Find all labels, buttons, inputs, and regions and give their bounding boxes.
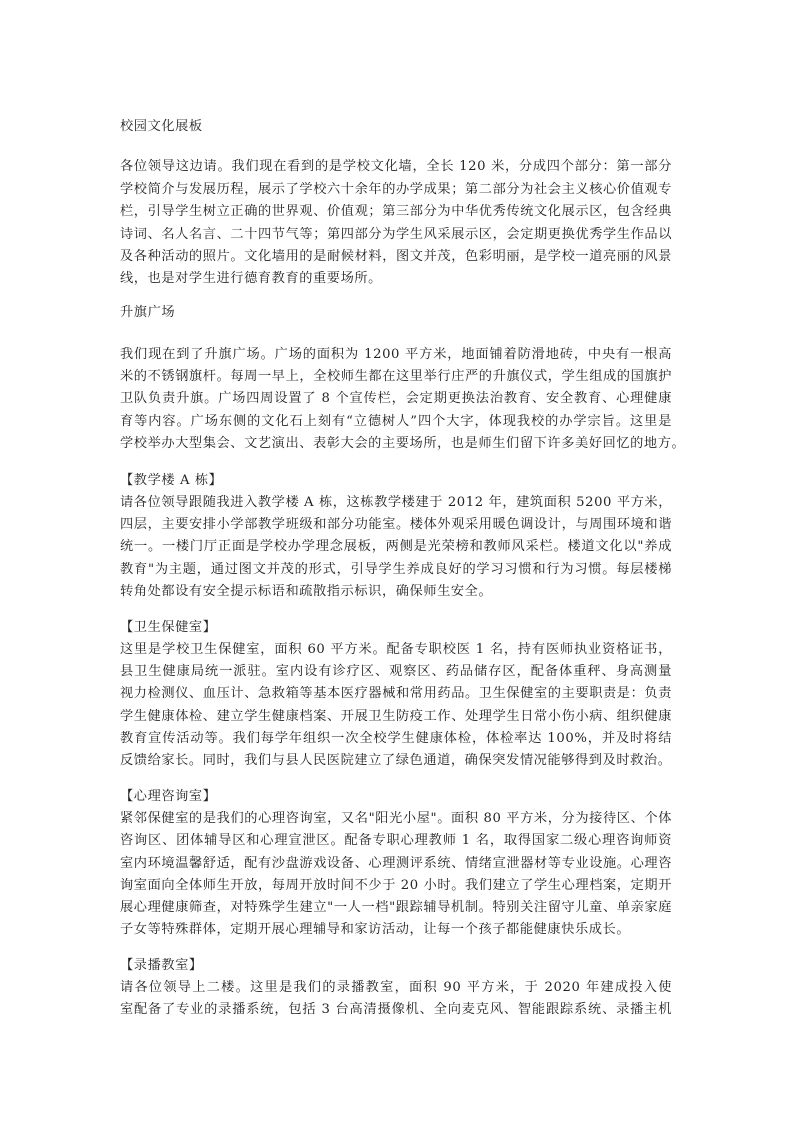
paragraph-line: 诗词、名人名言、二十四节气等；第四部分为学生风采展示区，会定期更换优秀学生作品以 — [120, 225, 672, 245]
paragraph-line: 咨询区、团体辅导区和心理宣泄区。配备专职心理教师 1 名，取得国家二级心理咨询师… — [120, 831, 672, 851]
paragraph-line: 教育"为主题，通过图文并茂的形式，引导学生养成良好的学习习惯和行为习惯。每层楼梯 — [120, 560, 672, 580]
paragraph-line: 米的不锈钢旗杆。每周一早上，全校师生都在这里举行庄严的升旗仪式，学生组成的国旗护 — [120, 367, 672, 387]
paragraph-line: 学校简介与发展历程，展示了学校六十余年的办学成果；第二部分为社会主义核心价值观专 — [120, 180, 672, 200]
paragraph-line: 这里是学校卫生保健室，面积 60 平方米。配备专职校医 1 名，持有医师执业资格… — [120, 640, 672, 660]
paragraph-line: 学生健康体检、建立学生健康档案、开展卫生防疫工作、处理学生日常小伤小病、组织健康 — [120, 707, 672, 727]
paragraph-line: 及各种活动的照片。文化墙用的是耐候材料，图文并茂，色彩明丽，是学校一道亮丽的风景 — [120, 247, 672, 267]
paragraph-line: 育等内容。广场东侧的文化石上刻有“立德树人”四个大字，体现我校的办学宗旨。这里是 — [120, 412, 672, 432]
paragraph-line: 反馈给家长。同时，我们与县人民医院建立了绿色通道，确保突发情况能够得到及时救治。 — [120, 751, 672, 771]
paragraph-line: 请各位领导跟随我进入教学楼 A 栋，这栋教学楼建于 2012 年，建筑面积 52… — [120, 493, 672, 513]
paragraph-line: 子女等特殊群体，定期开展心理辅导和家访活动，让每一个孩子都能健康快乐成长。 — [120, 920, 672, 940]
paragraph-line: 各位领导这边请。我们现在看到的是学校文化墙，全长 120 米，分成四个部分：第一… — [120, 157, 672, 177]
paragraph-line: 县卫生健康局统一派驻。室内设有诊疗区、观察区、药品储存区，配备体重秤、身高测量仪… — [120, 662, 672, 682]
paragraph-line: 紧邻保健室的是我们的心理咨询室，又名"阳光小屋"。面积 80 平方米，分为接待区… — [120, 809, 672, 829]
section-heading: 【教学楼 A 栋】 — [120, 471, 672, 491]
paragraph-line: 学校举办大型集会、文艺演出、表彰大会的主要场所，也是师生们留下许多美好回忆的地方… — [120, 434, 672, 454]
paragraph-line: 四层，主要安排小学部教学班级和部分功能室。楼体外观采用暖色调设计，与周围环境和谐 — [120, 515, 672, 535]
paragraph-line: 教育宣传活动等。我们每学年组织一次全校学生健康体检，体检率达 100%，并及时将… — [120, 729, 672, 749]
paragraph-line: 我们现在到了升旗广场。广场的面积为 1200 平方米，地面铺着防滑地砖，中央有一… — [120, 345, 672, 365]
paragraph-line: 室配备了专业的录播系统，包括 3 台高清摄像机、全向麦克风、智能跟踪系统、录播主… — [120, 1000, 672, 1020]
paragraph-line: 请各位领导上二楼。这里是我们的录播教室，面积 90 平方米，于 2020 年建成… — [120, 978, 672, 998]
paragraph-line: 线，也是对学生进行德育教育的重要场所。 — [120, 269, 672, 289]
paragraph-line: 室内环境温馨舒适，配有沙盘游戏设备、心理测评系统、情绪宣泄器材等专业设施。心理咨 — [120, 854, 672, 874]
paragraph-line: 视力检测仪、血压计、急救箱等基本医疗器械和常用药品。卫生保健室的主要职责是：负责 — [120, 684, 672, 704]
section-heading: 【卫生保健室】 — [120, 618, 672, 638]
paragraph-line: 转角处都设有安全提示标语和疏散指示标识，确保师生安全。 — [120, 582, 672, 602]
paragraph-line: 展心理健康筛查，对特殊学生建立"一人一档"跟踪辅导机制。特别关注留守儿童、单亲家… — [120, 898, 672, 918]
section-heading: 升旗广场 — [120, 303, 672, 323]
paragraph-line: 统一。一楼门厅正面是学校办学理念展板，两侧是光荣榜和教师风采栏。楼道文化以"养成 — [120, 537, 672, 557]
section-heading: 校园文化展板 — [120, 117, 672, 137]
section-heading: 【录播教室】 — [120, 956, 672, 976]
section-heading: 【心理咨询室】 — [120, 787, 672, 807]
paragraph-line: 栏，引导学生树立正确的世界观、价值观；第三部分为中华优秀传统文化展示区，包含经典 — [120, 202, 672, 222]
paragraph-line: 询室面向全体师生开放，每周开放时间不少于 20 小时。我们建立了学生心理档案，定… — [120, 876, 672, 896]
paragraph-line: 卫队负责升旗。广场四周设置了 8 个宣传栏，会定期更换法治教育、安全教育、心理健… — [120, 389, 672, 409]
